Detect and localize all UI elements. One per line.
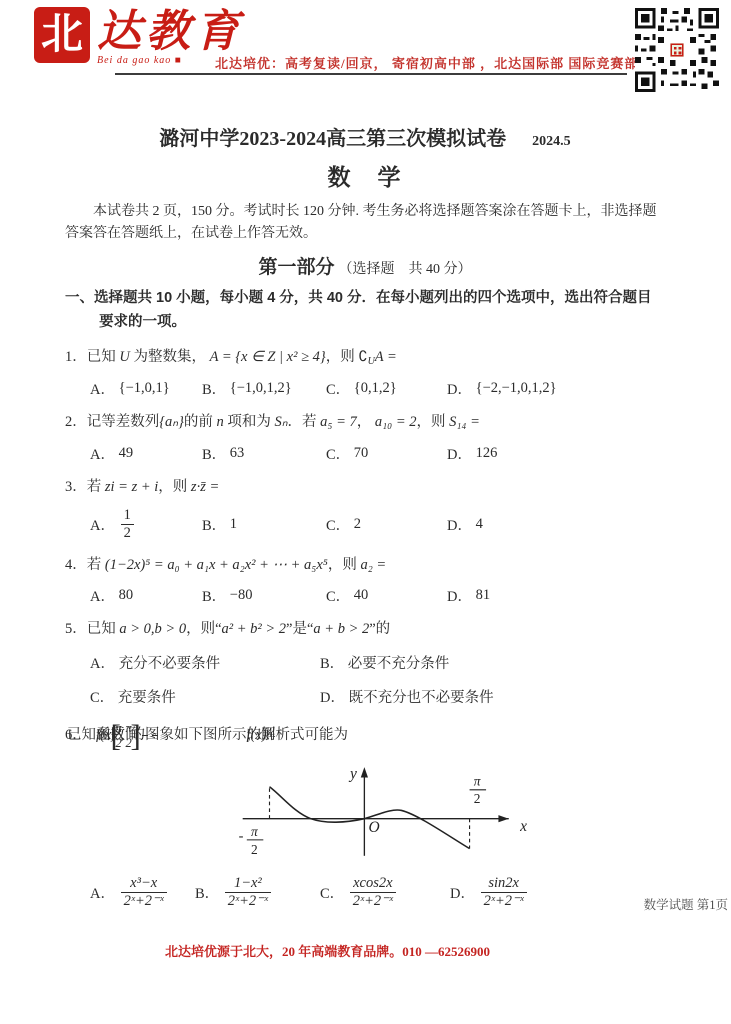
pi-numerator: π [251, 824, 259, 839]
option-C: C． xcos2x2ˣ+2⁻ˣ [320, 875, 450, 909]
question-1-options: A． {−1,0,1} B． {−1,0,1,2} C． {0,1,2} D． … [65, 378, 665, 399]
brand-name: 达教育 [97, 8, 244, 56]
question-6-stem: 6．已知函数 f(x)在区间 [ − π2 , π2 ] 的图象如下图所示，则 … [65, 720, 665, 751]
math-expr: a + b > 2 [313, 621, 369, 637]
exam-date: 2024.5 [532, 134, 571, 149]
math-expr: Sₙ [275, 414, 288, 430]
stem-text: 项和为 [227, 414, 271, 430]
question-5: 5．已知 a > 0,b > 0，则“a² + b² > 2”是“a + b >… [65, 619, 665, 707]
question-number: 5． [65, 621, 87, 637]
option-A: A． 49 [90, 443, 202, 464]
exam-title-text: 潞河中学2023-2024高三第三次模拟试卷 [159, 128, 506, 150]
stem-text: ，则 [416, 414, 445, 430]
question-3-options: A． 1 2 B． 1 C． 2 D． 4 [65, 507, 665, 541]
part1-title: 第一部分 [258, 257, 334, 278]
denominator-2: 2 [474, 791, 481, 806]
question-2-stem: 2．记等差数列{aₙ}的前 n 项和为 Sₙ．若 a₅ = 7， a₁₀ = 2… [65, 412, 665, 434]
option-C: C． 2 [326, 514, 447, 535]
option-C: C． 充要条件 [90, 686, 320, 707]
question-6-options: A． x³−x2ˣ+2⁻ˣ B． 1−x²2ˣ+2⁻ˣ C． xcos2x2ˣ+… [65, 875, 665, 909]
footer-brand-line: 北达培优源于北大，20 年高端教育品牌。010 —62526900 [165, 941, 490, 960]
question-1: 1．已知 U 为整数集， A = {x ∈ Z | x² ≥ 4}，则 ∁UA … [65, 347, 665, 399]
exam-paper: 潞河中学2023-2024高三第三次模拟试卷2024.5 数 学 本试卷共 2 … [65, 100, 665, 909]
minus-sign: - [239, 828, 244, 844]
stem-text: 已知 [87, 349, 116, 365]
option-A: A． x³−x2ˣ+2⁻ˣ [90, 875, 195, 909]
math-expr: a₅ = 7 [320, 414, 357, 430]
stem-text: 已知 [87, 621, 116, 637]
stem-text: ，则 [326, 349, 355, 365]
math-expr: n [217, 414, 224, 430]
option-D: D． 81 [447, 585, 490, 606]
fraction: x³−x2ˣ+2⁻ˣ [121, 875, 167, 909]
option-C: C． {0,1,2} [326, 378, 447, 399]
question-number: 3． [65, 479, 87, 495]
math-expr: z·z̄ = [191, 479, 219, 495]
seal-logo-icon: 北 [35, 8, 89, 62]
question-2: 2．记等差数列{aₙ}的前 n 项和为 Sₙ．若 a₅ = 7， a₁₀ = 2… [65, 412, 665, 464]
x-axis-label: x [519, 818, 527, 835]
header-divider [115, 73, 627, 75]
exam-title: 潞河中学2023-2024高三第三次模拟试卷2024.5 [65, 122, 665, 151]
question-1-stem: 1．已知 U 为整数集， A = {x ∈ Z | x² ≥ 4}，则 ∁UA … [65, 347, 665, 369]
math-expr: A = {x ∈ Z | x² ≥ 4} [210, 349, 326, 365]
complement-subscript: U [368, 356, 375, 367]
stem-text: ”的 [369, 621, 390, 637]
fraction: xcos2x2ˣ+2⁻ˣ [350, 875, 396, 909]
math-expr: {aₙ} [159, 414, 184, 430]
question-number: 1． [65, 349, 87, 365]
y-axis-label: y [348, 766, 357, 783]
option-D: D． 既不充分也不必要条件 [320, 686, 665, 707]
option-B: B． 1−x²2ˣ+2⁻ˣ [195, 875, 320, 909]
part1-subtitle: （选择题 共 40 分） [339, 262, 472, 277]
denominator-2: 2 [251, 842, 258, 857]
stem-text: ，则 [328, 557, 357, 573]
exam-instructions: 本试卷共 2 页，150 分。考试时长 120 分钟. 考生务必将选择题答案涂在… [65, 201, 665, 244]
stem-text: ”是“ [286, 621, 313, 637]
question-2-options: A． 49 B． 63 C． 70 D． 126 [65, 443, 665, 464]
option-D: D． 4 [447, 514, 483, 535]
page-number-label: 数学试题 第1页 [644, 895, 728, 913]
option-A: A． 1 2 [90, 507, 202, 541]
function-graph: y x O - π 2 π 2 [230, 763, 540, 867]
option-B: B． 必要不充分条件 [320, 652, 665, 673]
option-D: D． sin2x2ˣ+2⁻ˣ [450, 875, 529, 909]
question-number: 2． [65, 414, 87, 430]
brand-subtitle: Bei da gao kao ■ [97, 55, 182, 66]
fraction: 1 2 [121, 507, 134, 541]
question-5-options: A． 充分不必要条件 B． 必要不充分条件 C． 充要条件 D． 既不充分也不必… [65, 652, 665, 707]
option-A: A． 充分不必要条件 [90, 652, 320, 673]
fraction: sin2x2ˣ+2⁻ˣ [481, 875, 527, 909]
math-expr: a > 0,b > 0 [119, 621, 186, 637]
option-B: B． 63 [202, 443, 326, 464]
subject-title: 数 学 [65, 159, 665, 192]
option-D: D． {−2,−1,0,1,2} [447, 378, 557, 399]
origin-label: O [369, 819, 380, 836]
math-expr: S₁₄ = [449, 414, 480, 430]
page-header: 北 达教育 Bei da gao kao ■ 北达培优：高考复读/回京， 寄宿初… [0, 0, 731, 100]
option-A: A． {−1,0,1} [90, 378, 202, 399]
fraction: 1−x²2ˣ+2⁻ˣ [225, 875, 271, 909]
option-D: D． 126 [447, 443, 497, 464]
math-expr: U [119, 349, 129, 365]
question-5-stem: 5．已知 a > 0,b > 0，则“a² + b² > 2”是“a + b >… [65, 619, 665, 641]
stem-text: ．若 [288, 414, 317, 430]
question-number: 4． [65, 557, 87, 573]
math-expr: zi = z + i [105, 479, 158, 495]
option-A: A． 80 [90, 585, 202, 606]
stem-text: ，则“ [186, 621, 221, 637]
question-6: 6．已知函数 f(x)在区间 [ − π2 , π2 ] 的图象如下图所示，则 … [65, 720, 665, 909]
stem-text: 为整数集， [133, 349, 206, 365]
question-4: 4．若 (1−2x)⁵ = a₀ + a₁x + a₂x² + ⋯ + a₅x⁵… [65, 555, 665, 607]
math-expr: A = [375, 349, 397, 365]
math-expr: (1−2x)⁵ = a₀ + a₁x + a₂x² + ⋯ + a₅x⁵ [105, 557, 328, 573]
option-B: B． {−1,0,1,2} [202, 378, 326, 399]
option-B: B． −80 [202, 585, 326, 606]
pi-numerator: π [474, 774, 482, 789]
option-C: C． 40 [326, 585, 447, 606]
option-B: B． 1 [202, 514, 326, 535]
question-3-stem: 3．若 zi = z + i，则 z·z̄ = [65, 477, 665, 499]
math-expr: a₁₀ = 2 [375, 414, 417, 430]
stem-text: 的前 [184, 414, 213, 430]
section1-note: 一、选择题共 10 小题，每小题 4 分，共 40 分．在每小题列出的四个选项中… [65, 287, 665, 333]
stem-text: 记等差数列 [87, 414, 160, 430]
qr-code [635, 8, 719, 92]
stem-text: 若 [87, 479, 102, 495]
option-C: C． 70 [326, 443, 447, 464]
math-expr: a₂ = [360, 557, 386, 573]
math-expr: a² + b² > 2 [222, 621, 287, 637]
stem-text: 的解析式可能为 [276, 725, 349, 747]
question-3: 3．若 zi = z + i，则 z·z̄ = A． 1 2 B． 1 C． 2… [65, 477, 665, 542]
question-4-stem: 4．若 (1−2x)⁵ = a₀ + a₁x + a₂x² + ⋯ + a₅x⁵… [65, 555, 665, 577]
stem-text: ， [357, 414, 372, 430]
part1-heading: 第一部分（选择题 共 40 分） [65, 252, 665, 279]
stem-text: ，则 [158, 479, 187, 495]
brand-logo: 北 达教育 [35, 8, 244, 62]
question-4-options: A． 80 B． −80 C． 40 D． 81 [65, 585, 665, 606]
stem-text: 若 [87, 557, 102, 573]
header-slogan: 北达培优：高考复读/回京， 寄宿初高中部 ，北达国际部 国际竞赛部 [215, 53, 638, 72]
complement-symbol: ∁ [358, 349, 367, 365]
